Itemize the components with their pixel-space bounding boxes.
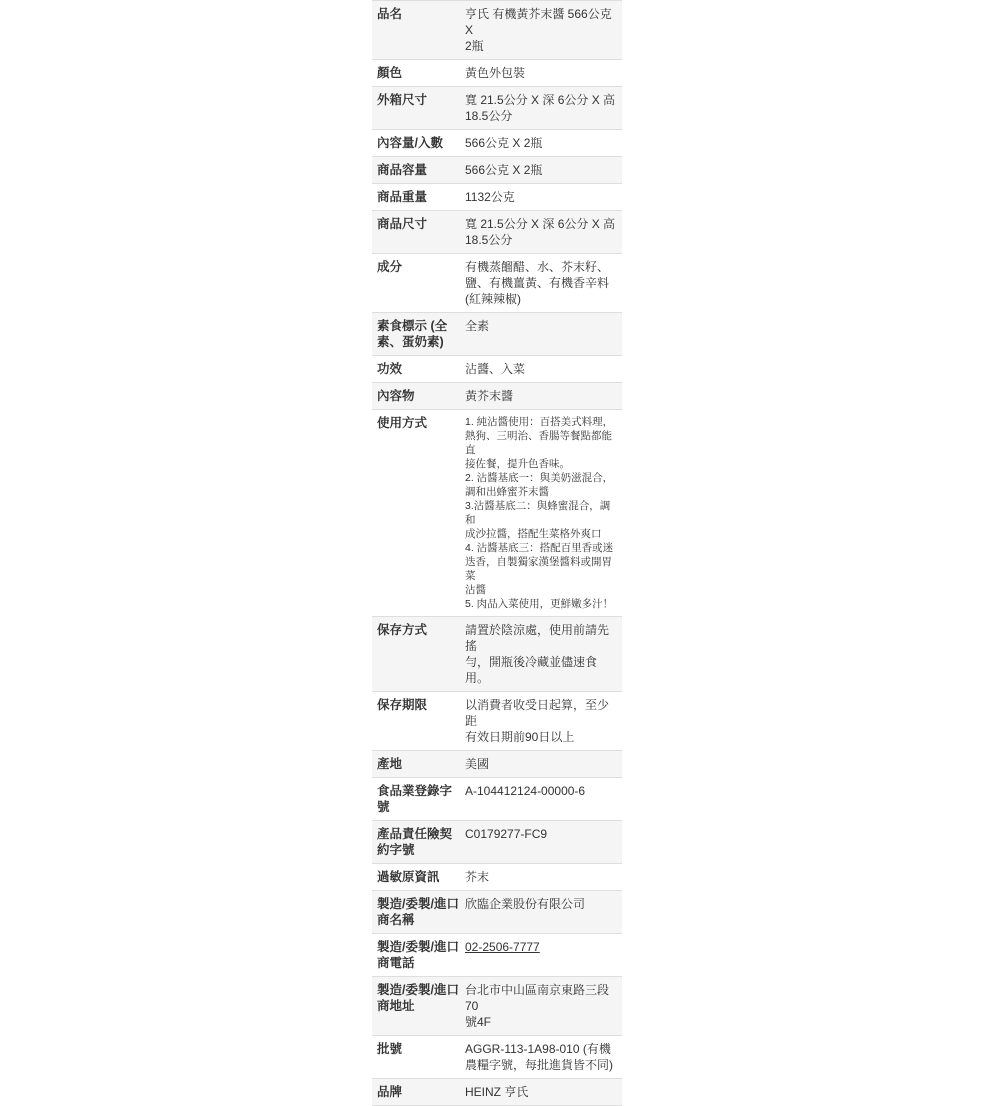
spec-label: 內容物 bbox=[372, 383, 465, 409]
table-row: 製造/委製/進口 商地址 台北市中山區南京東路三段70 號4F bbox=[372, 977, 622, 1000]
spec-label: 商品容量 bbox=[372, 157, 465, 183]
table-row: 顏色 黃色外包裝 bbox=[372, 60, 622, 87]
table-row: 商品尺寸 寬 21.5公分 X 深 6公分 X 高 18.5公分 bbox=[372, 211, 622, 254]
table-row: 使用方式 1. 純沾醬使用：百搭美式料理， 熱狗、三明治、香腸等餐點都能直 接佐… bbox=[372, 410, 622, 617]
spec-label: 商品重量 bbox=[372, 184, 465, 210]
spec-value: 566公克 X 2瓶 bbox=[465, 130, 622, 156]
table-row: 食品業登錄字 號 A-104412124-00000-6 bbox=[372, 778, 622, 821]
spec-label: 製造/委製/進口 商名稱 bbox=[372, 891, 465, 933]
phone-link[interactable]: 02-2506-7777 bbox=[465, 940, 540, 954]
table-row: 功效 沾醬、入菜 bbox=[372, 356, 622, 383]
spec-value: 以消費者收受日起算，至少距 有效日期前90日以上 bbox=[465, 692, 622, 750]
table-row: 保存期限 以消費者收受日起算，至少距 有效日期前90日以上 bbox=[372, 692, 622, 751]
spec-value: 寬 21.5公分 X 深 6公分 X 高 18.5公分 bbox=[465, 211, 622, 253]
table-row: 商品容量 566公克 X 2瓶 bbox=[372, 157, 622, 184]
product-spec-table: 品名 亨氏 有機黃芥末醬 566公克 X 2瓶 顏色 黃色外包裝 外箱尺寸 寬 … bbox=[372, 0, 622, 1000]
spec-label: 顏色 bbox=[372, 60, 465, 86]
spec-label: 保存期限 bbox=[372, 692, 465, 750]
spec-label: 內容量/入數 bbox=[372, 130, 465, 156]
spec-label: 功效 bbox=[372, 356, 465, 382]
table-row: 內容物 黃芥末醬 bbox=[372, 383, 622, 410]
spec-value: 02-2506-7777 bbox=[465, 934, 622, 976]
spec-label: 產品責任險契 約字號 bbox=[372, 821, 465, 863]
table-row: 素食標示 (全 素、蛋奶素) 全素 bbox=[372, 313, 622, 356]
table-row: 商品重量 1132公克 bbox=[372, 184, 622, 211]
spec-label: 製造/委製/進口 商地址 bbox=[372, 977, 465, 1000]
spec-value: 黃色外包裝 bbox=[465, 60, 622, 86]
spec-label: 保存方式 bbox=[372, 617, 465, 691]
spec-value: 亨氏 有機黃芥末醬 566公克 X 2瓶 bbox=[465, 1, 622, 59]
table-row: 內容量/入數 566公克 X 2瓶 bbox=[372, 130, 622, 157]
table-row: 外箱尺寸 寬 21.5公分 X 深 6公分 X 高 18.5公分 bbox=[372, 87, 622, 130]
spec-label: 產地 bbox=[372, 751, 465, 777]
table-row: 品名 亨氏 有機黃芥末醬 566公克 X 2瓶 bbox=[372, 1, 622, 60]
spec-label: 使用方式 bbox=[372, 410, 465, 616]
spec-label: 成分 bbox=[372, 254, 465, 312]
table-row: 製造/委製/進口 商電話 02-2506-7777 bbox=[372, 934, 622, 977]
spec-value: 請置於陰涼處，使用前請先搖 勻，開瓶後冷藏並儘速食用。 bbox=[465, 617, 622, 691]
spec-label: 過敏原資訊 bbox=[372, 864, 465, 890]
spec-value: 黃芥末醬 bbox=[465, 383, 622, 409]
table-row: 過敏原資訊 芥末 bbox=[372, 864, 622, 891]
spec-value: C0179277-FC9 bbox=[465, 821, 622, 863]
table-row: 產地 美國 bbox=[372, 751, 622, 778]
spec-value: A-104412124-00000-6 bbox=[465, 778, 622, 820]
spec-value: 台北市中山區南京東路三段70 號4F bbox=[465, 977, 622, 1000]
spec-label: 品名 bbox=[372, 1, 465, 59]
spec-value: 欣臨企業股份有限公司 bbox=[465, 891, 622, 933]
spec-value: 芥末 bbox=[465, 864, 622, 890]
spec-value: 1. 純沾醬使用：百搭美式料理， 熱狗、三明治、香腸等餐點都能直 接佐餐，提升色… bbox=[465, 410, 622, 616]
spec-value: 沾醬、入菜 bbox=[465, 356, 622, 382]
spec-label: 外箱尺寸 bbox=[372, 87, 465, 129]
spec-label: 商品尺寸 bbox=[372, 211, 465, 253]
spec-label: 製造/委製/進口 商電話 bbox=[372, 934, 465, 976]
spec-value: 全素 bbox=[465, 313, 622, 355]
table-row: 製造/委製/進口 商名稱 欣臨企業股份有限公司 bbox=[372, 891, 622, 934]
spec-value: 1132公克 bbox=[465, 184, 622, 210]
spec-label: 食品業登錄字 號 bbox=[372, 778, 465, 820]
spec-value: 有機蒸餾醋、水、芥末籽、 鹽、有機薑黃、有機香辛料 (紅辣辣椒) bbox=[465, 254, 622, 312]
table-row: 產品責任險契 約字號 C0179277-FC9 bbox=[372, 821, 622, 864]
table-row: 成分 有機蒸餾醋、水、芥末籽、 鹽、有機薑黃、有機香辛料 (紅辣辣椒) bbox=[372, 254, 622, 313]
table-row: 保存方式 請置於陰涼處，使用前請先搖 勻，開瓶後冷藏並儘速食用。 bbox=[372, 617, 622, 692]
spec-value: 寬 21.5公分 X 深 6公分 X 高 18.5公分 bbox=[465, 87, 622, 129]
spec-label: 素食標示 (全 素、蛋奶素) bbox=[372, 313, 465, 355]
spec-value: 美國 bbox=[465, 751, 622, 777]
spec-value: 566公克 X 2瓶 bbox=[465, 157, 622, 183]
